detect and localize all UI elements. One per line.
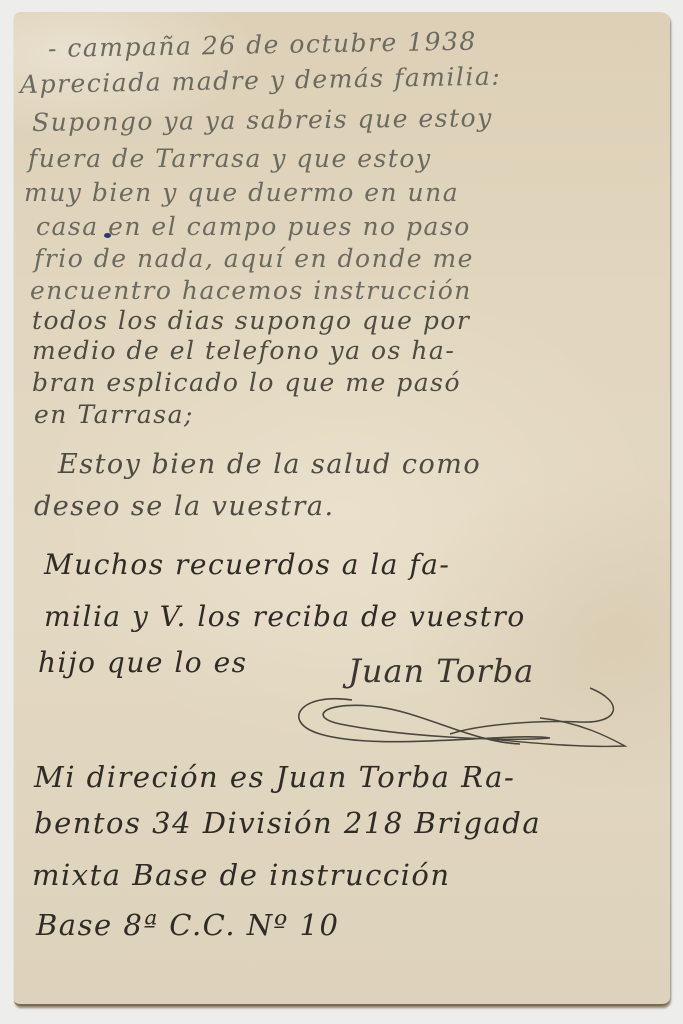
regards-line: milia y V. los reciba de vuestro (44, 602, 526, 632)
health-line: Estoy bien de la salud como (58, 450, 481, 480)
address-line: bentos 34 División 218 Brigada (34, 808, 541, 838)
letter-line: muy bien y que duermo en una (24, 178, 459, 208)
handwritten-letter: - campaña 26 de octubre 1938 Apreciada m… (14, 12, 670, 1004)
regards-line: hijo que lo es (38, 648, 248, 678)
letter-line: frio de nada, aquí en donde me (34, 244, 474, 274)
scanned-image: - campaña 26 de octubre 1938 Apreciada m… (0, 0, 683, 1024)
letter-line: casa en el campo pues no paso (36, 212, 471, 242)
letter-line: Supongo ya ya sabreis que estoy (32, 103, 493, 138)
address-line: mixta Base de instrucción (32, 860, 451, 890)
letter-line: todos los dias supongo que por (32, 306, 470, 336)
letter-line: bran esplicado lo que me pasó (32, 368, 461, 398)
address-line: Base 8ª C.C. Nº 10 (36, 910, 339, 940)
ink-blot (104, 233, 111, 238)
salutation: Apreciada madre y demás familia: (20, 62, 502, 100)
letter-line: medio de el telefono ya os ha- (32, 336, 455, 366)
letter-line: en Tarrasa; (34, 400, 194, 430)
signature-flourish-icon (280, 662, 630, 762)
letter-header-date: - campaña 26 de octubre 1938 (48, 27, 477, 64)
address-line: Mi direción es Juan Torba Ra- (34, 762, 515, 792)
regards-line: Muchos recuerdos a la fa- (44, 550, 450, 580)
postcard: - campaña 26 de octubre 1938 Apreciada m… (14, 12, 670, 1006)
health-line: deseo se la vuestra. (34, 492, 335, 522)
letter-line: encuentro hacemos instrucción (30, 276, 472, 306)
letter-line: fuera de Tarrasa y que estoy (28, 144, 432, 174)
